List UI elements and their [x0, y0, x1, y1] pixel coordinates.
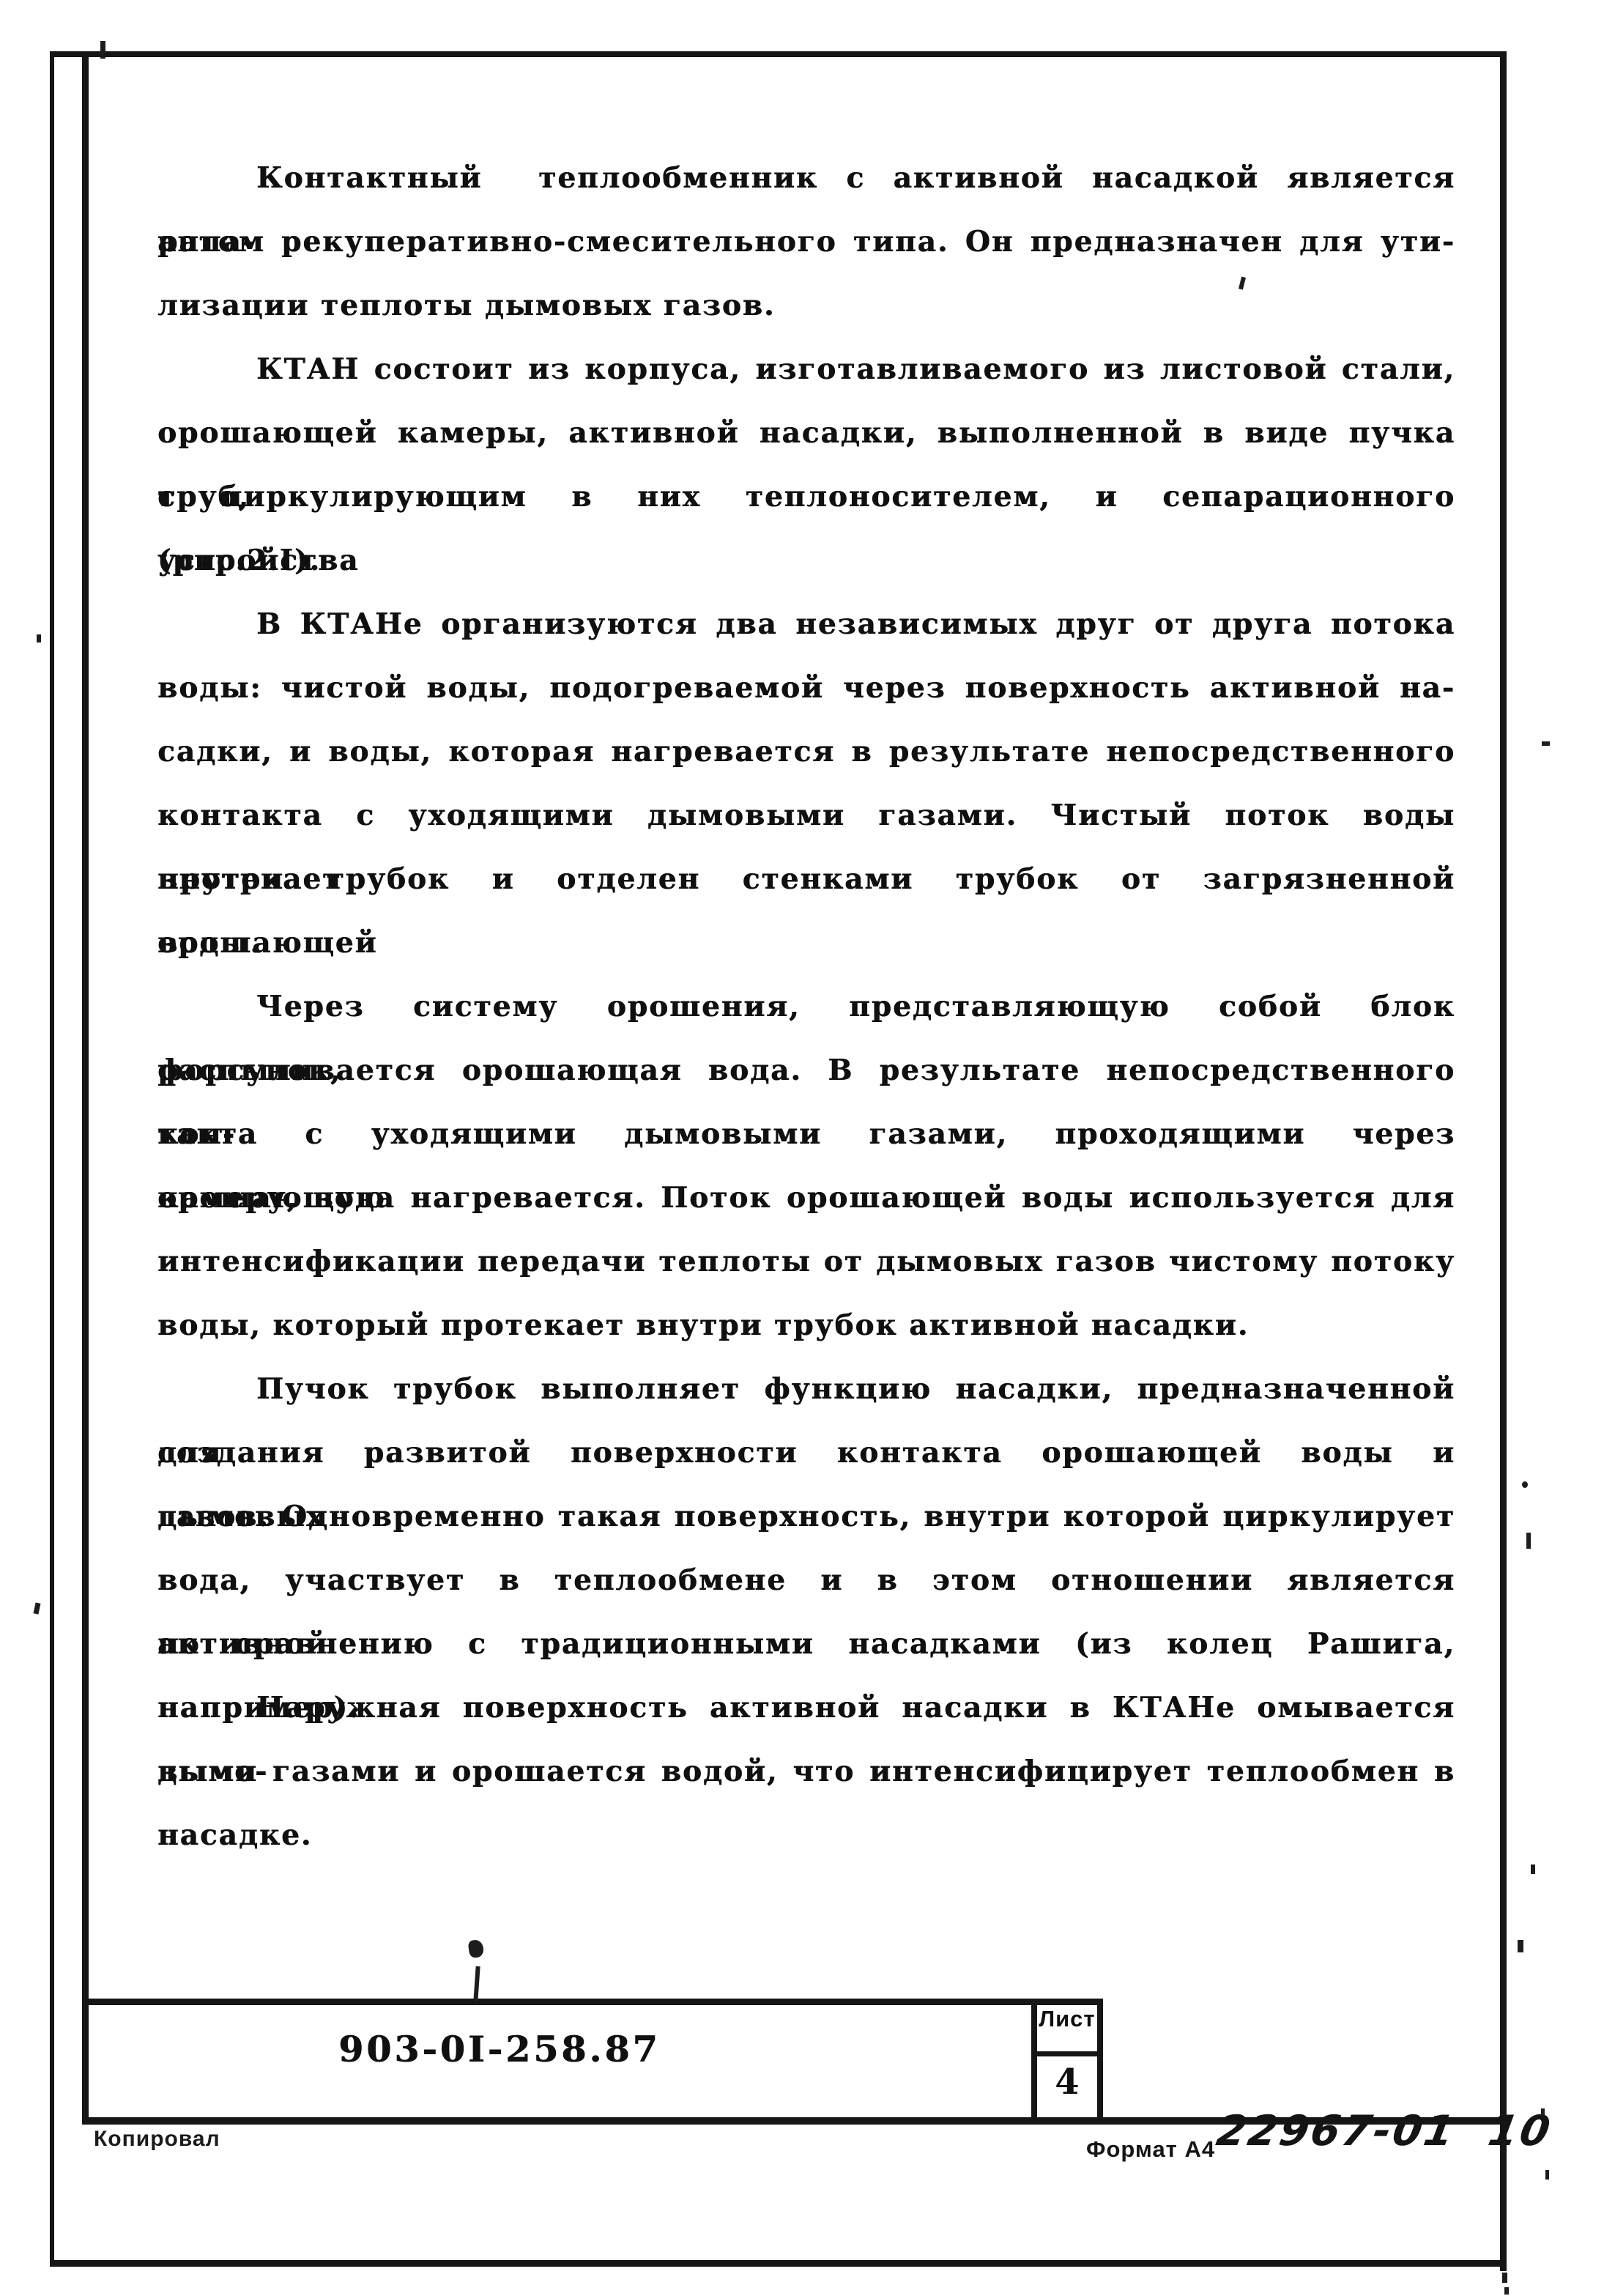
text-line: Контактный теплообменник с активной наса…: [157, 147, 1455, 210]
inner-left-border: [82, 51, 89, 2125]
text-line: по сравнению с традиционными насадками (…: [157, 1612, 1455, 1676]
scan-artifact: [1531, 1864, 1535, 1874]
text-line: воды: чистой воды, подогреваемой через п…: [157, 656, 1455, 720]
scan-artifact: [1504, 2287, 1509, 2295]
outer-left-border: [50, 51, 54, 2265]
scan-artifact: [467, 1939, 484, 1959]
scan-artifact: [1518, 1940, 1523, 1952]
scan-artifact: [34, 1602, 41, 1614]
text-line: интенсификации передачи теплоты от дымов…: [157, 1230, 1455, 1294]
title-block-top-line: [82, 1999, 1103, 2005]
text-line: Через систему орошения, представляющую с…: [157, 975, 1455, 1039]
text-line: лизации теплоты дымовых газов.: [157, 274, 1455, 338]
text-line: выми газами и орошается водой, что интен…: [157, 1740, 1455, 1804]
text-line: газов. Одновременно такая поверхность, в…: [157, 1485, 1455, 1549]
scan-artifact: [1522, 1481, 1528, 1488]
scan-artifact: [37, 634, 41, 642]
scan-artifact: [1502, 2273, 1507, 2283]
text-line: Пучок трубок выполняет функцию насадки, …: [157, 1358, 1455, 1421]
scan-artifact: [1542, 741, 1550, 746]
document-number: 903-0I-258.87: [338, 2028, 661, 2070]
bottom-border: [50, 2260, 1507, 2267]
scan-artifact: [100, 41, 105, 59]
text-line: В КТАНе организуются два независимых дру…: [157, 593, 1455, 656]
text-line: Наружная поверхность активной насадки в …: [157, 1676, 1455, 1740]
top-border: [50, 51, 1507, 57]
scan-artifact: [473, 1966, 480, 2001]
text-line: распыливается орошающая вода. В результа…: [157, 1039, 1455, 1103]
text-line: воды, который протекает внутри трубок ак…: [157, 1294, 1455, 1358]
text-line: такта с уходящими дымовыми газами, прохо…: [157, 1103, 1455, 1166]
text-line: орошающей камеры, активной насадки, выпо…: [157, 401, 1455, 465]
text-line: контакта с уходящими дымовыми газами. Чи…: [157, 784, 1455, 848]
scanned-document-page: Контактный теплообменник с активной наса…: [0, 0, 1604, 2296]
sheet-cell-divider-line: [1031, 2051, 1103, 2056]
scan-artifact: [1541, 2108, 1545, 2117]
text-line: садки, и воды, которая нагревается в рез…: [157, 720, 1455, 784]
sheet-number: 4: [1031, 2062, 1103, 2103]
format-label: Формат А4: [1086, 2136, 1215, 2163]
text-line: с циркулирующим в них теплоносителем, и …: [157, 465, 1455, 529]
scan-artifact: [1526, 1533, 1531, 1549]
right-border: [1500, 51, 1507, 2271]
text-line: камеру, вода нагревается. Поток орошающе…: [157, 1166, 1455, 1230]
copied-label: Копировал: [94, 2127, 220, 2152]
sheet-label: Лист: [1031, 2006, 1103, 2032]
scan-artifact: [1545, 2170, 1549, 2180]
text-line: внутри трубок и отделен стенками трубок …: [157, 848, 1455, 911]
text-line: создания развитой поверхности контакта о…: [157, 1421, 1455, 1485]
handwritten-inventory-number: 22967-01 10: [1213, 2107, 1556, 2155]
text-line: насадке.: [157, 1804, 1455, 1867]
text-line: вода, участвует в теплообмене и в этом о…: [157, 1549, 1455, 1612]
text-line: ратом рекуперативно-смесительного типа. …: [157, 210, 1455, 274]
document-text: Контактный теплообменник с активной наса…: [157, 147, 1455, 1867]
text-line: КТАН состоит из корпуса, изготавливаемог…: [157, 338, 1455, 401]
